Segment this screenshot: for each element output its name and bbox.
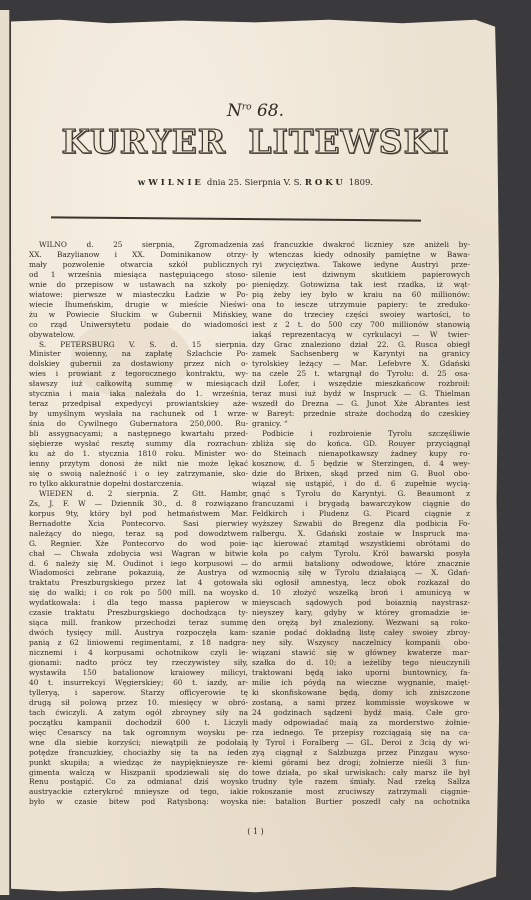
text-line: ski ogłosił amnestyą, lecz obok rozkazał… <box>252 578 470 588</box>
text-line: się do walki; i co rok po 500 mill. na w… <box>29 588 248 598</box>
text-line: teraz musi iuż bydź w Inspruck — G. Thie… <box>252 389 470 399</box>
text-line: ro tylko akkuratnie dopełni dostarczenia… <box>29 479 248 489</box>
text-line: gimenta walczą w Hiszpanii spodziewali s… <box>29 768 248 778</box>
text-line: Renu postąpić. Co za odmiana! dziś woysk… <box>29 777 248 787</box>
text-line: 40 t. insurrekcyi Węgierskiey; 60 t. iaz… <box>29 678 248 688</box>
text-line: dził Lofer, i wszędzie mieszkańcow rozbr… <box>252 379 470 389</box>
text-line: ły wtenczas kiedy odnosiły pamiętne w Ba… <box>252 250 470 260</box>
text-line: żu w Powiecie Słuckim w Gubernii Mińskie… <box>29 310 248 320</box>
issue-number-prefix: N <box>227 101 242 121</box>
text-line: granicy. “ <box>252 419 470 429</box>
text-line: drugą sił polową przez 10. miesięcy w ob… <box>29 698 248 708</box>
text-line: zyą ciągnął z Salzbuzga przez Pinzgau wy… <box>252 748 470 758</box>
text-line: Minister woienny, na zapłatę Szlachcie P… <box>29 349 248 359</box>
text-line: gnąć s Tyrolu do Karyntyi. G. Beaumont z <box>252 489 470 499</box>
dateline-prefix: w <box>138 178 145 188</box>
text-line: rza iednego. Te przepisy rozciągaią się … <box>252 728 470 738</box>
text-line: szanie podać dokładną listę całey swoiey… <box>252 628 470 638</box>
issue-number-sup: ro <box>242 102 252 112</box>
text-line: zaś francuzkie dwakroć liczniey sze aniż… <box>252 240 470 250</box>
text-line: S. PETERSBURG V. S. d. 15 sierpnia. <box>29 340 248 350</box>
text-line: wne dla siebie korzyści; niewątpili że p… <box>29 738 248 748</box>
text-line: więc Cesarscy na tak ogromnym woysku pe- <box>29 728 248 738</box>
text-line: d. 6 należy się M. Oudinot i iego korpus… <box>29 559 248 569</box>
text-line: bli assygnacyami; a następnego kwartału … <box>29 429 248 439</box>
text-line: nie: batalion Burtier poszedł cały na oc… <box>252 797 470 807</box>
text-line: wane do trzeciey części swoiey wartości,… <box>252 310 470 320</box>
text-line: d. 10 złożyć wszelką broń i amunicyą w <box>252 588 470 598</box>
text-line: Podbicie i rozbroienie Tyrolu szczęśliwi… <box>252 429 470 439</box>
text-line: wystawiła 150 batalionow kraiowey milicy… <box>29 668 248 678</box>
text-line: obywatelow. <box>29 330 248 340</box>
text-line: towe działa, po skał urwiskach: cały mar… <box>252 768 470 778</box>
text-line: zbliża się do końca. GD. Rouyer przyciąg… <box>252 439 470 449</box>
text-line: do armii bataliony odwodowe, które znacz… <box>252 559 470 569</box>
text-line: XX. Bazylianow i XX. Dominikanow otrzy- <box>29 250 248 260</box>
text-line: rokoszanie most zruciwszy zatrzymali cią… <box>252 787 470 797</box>
text-line: wnie do przepisow w ustawach na szkoły p… <box>29 280 248 290</box>
text-line: ralbergu. X. Gdański zostaie w Inspruck … <box>252 529 470 539</box>
text-line: zamek Sachsenberg w Karyntyi na granicy <box>252 349 470 359</box>
text-line: traktatu Preszburgskiego przez lat 4 got… <box>29 578 248 588</box>
text-line: Zs, J. F. W — Dziennik 30., d. 8 rozwiąz… <box>29 499 248 509</box>
text-line: siębierze wysłać resztę summy dla rozrac… <box>29 439 248 449</box>
article-column-left: WILNO d. 25 sierpnia, ZgromadzeniaXX. Ba… <box>29 240 248 807</box>
text-line: punkt skupiła; a wiedząc że naypięknieys… <box>29 758 248 768</box>
text-line: teraz przedpisał expedycyi prowiantskiey… <box>29 399 248 409</box>
text-line: austryackie czterykroć mnieysze od tego,… <box>29 787 248 797</box>
text-line: się o swoią należność i o iey zatrzymani… <box>29 469 248 479</box>
text-line: kosznow, d. 5 będzie w Sterzingen, d. 4 … <box>252 459 470 469</box>
text-line: wyższey Szwabii do Bregenz dla podbicia … <box>252 519 470 529</box>
text-line: od 1 września miesiąca następuiącego sto… <box>29 270 248 280</box>
text-line: dolskiey gubernii za dostawiony przez ni… <box>29 359 248 369</box>
text-line: WIEDEN d. 2 sierpnia. Z Gtt. Hambr, <box>29 489 248 499</box>
text-line: korpus 9ty, który był pod hetmaństwem Ma… <box>29 509 248 519</box>
text-line: den orężą był znaleziony. Wezwani są rok… <box>252 618 470 628</box>
text-line: tyrolskiey leżący — Mar. Lefebvre X. Gda… <box>252 359 470 369</box>
text-line: w Bareyt: przednie straże dochodzą do cz… <box>252 409 470 419</box>
text-line: ryi zwycięztwa. Takowe iedyne Austryi pr… <box>252 260 470 270</box>
text-line: wies i prowiant z tegorocznego kontraktu… <box>29 369 248 379</box>
text-line: iest z 2 t. do 500 czy 700 millionów sta… <box>252 320 470 330</box>
text-line: ona to iescze utrzymuie papiery: te zred… <box>252 300 470 310</box>
text-line: trudny tyle razem śmiały. Nad rzeką Salł… <box>252 777 470 787</box>
text-line: nicznemi i 4 korpusami ochotnikow czyli … <box>29 648 248 658</box>
text-line: pieniędzy. Gotowizna tak iest rzadka, iż… <box>252 280 470 290</box>
text-line: ły Tyrol i Foralberg — GL. Deroi z 3cią … <box>252 738 470 748</box>
text-line: było w czasie bitew pod Ratysboną: woysk… <box>29 797 248 807</box>
text-line: zostaną, a sami przez kommissie woyskowe… <box>252 698 470 708</box>
text-line: WILNO d. 25 sierpnia, Zgromadzenia <box>29 240 248 250</box>
masthead-divider <box>51 216 421 221</box>
text-line: tach ćwiczyli. A zatym ogół zbroyney sił… <box>29 708 248 718</box>
issue-number-value: 68. <box>257 101 284 121</box>
text-line: mały pozwolenie otwarcia szkół publiczny… <box>29 260 248 270</box>
dateline-city: WILNIE <box>148 178 204 188</box>
dateline-year-label: ROKU <box>305 178 346 188</box>
text-line: wzmocnią siłę w Tyrolu działaiącą — X. G… <box>252 568 470 578</box>
text-line: ku aż do 1. stycznia 1810 roku. Minister… <box>29 449 248 459</box>
text-line: koła po całym Tyrolu. Król bawarski posy… <box>252 549 470 559</box>
newspaper-page: Nro 68. KURYERLITEWSKI w WILNIE dnia 25.… <box>11 18 500 894</box>
masthead-word-1: KURYER <box>61 122 226 161</box>
text-line: wydatkowała: i dla tego massa papierow w <box>29 598 248 608</box>
dateline-date: dnia 25. Sierpnia V. S. <box>207 178 302 188</box>
masthead-word-2: LITEWSKI <box>248 122 449 161</box>
text-line: ki skonfiskowane będą, domy ich zniszczo… <box>252 688 470 698</box>
text-line: iakąś reprezentacyą w cyrkulacyi — W twi… <box>252 330 470 340</box>
text-line: czasie traktatu Preszburgskiego dochodzą… <box>29 608 248 618</box>
text-line: by umyślnym wysłała na rachunek od 1 wrz… <box>29 409 248 419</box>
text-line: wiatowe: pierwsze w miasteczku Ładzie w … <box>29 290 248 300</box>
text-line: pią żeby iey było w kraiu na 60 millionó… <box>252 290 470 300</box>
text-line: ienny przytym donosi że nikt nie może lę… <box>29 459 248 469</box>
text-line: śnia do Cywilnego Gubernatora 250,000. R… <box>29 419 248 429</box>
text-line: Wiadomości zebrane pokazuią, że Austrya … <box>29 568 248 578</box>
text-line: początku kampanii dochodził 600 t. Liczy… <box>29 718 248 728</box>
text-line: siąca mill. frankow przechodzi teraz sum… <box>29 618 248 628</box>
text-line: sławszy iuż całkowitą summę w miesiącach <box>29 379 248 389</box>
text-line: Bernadotte Xcia Pontecorvo. Sasi pierwie… <box>29 519 248 529</box>
text-line: należący do niego, teraz są pod dowodztw… <box>29 529 248 539</box>
text-line: gionami: nadto prócz tey rzeczywistey si… <box>29 658 248 668</box>
dateline-year: 1809. <box>349 178 373 188</box>
text-line: nieyszey kary, gdyby w którey gromadzie … <box>252 608 470 618</box>
text-line: wiązani stawić się w główney kwaterze ma… <box>252 648 470 658</box>
text-line: wiązał się ustąpić, i do d. 6 zupełnie w… <box>252 479 470 489</box>
issue-number: Nro 68. <box>11 101 500 121</box>
text-line: panią z 62 liniowemi regimentami, z 18 n… <box>29 638 248 648</box>
text-line: potędze francuzkiey, chociażby się ta na… <box>29 748 248 758</box>
text-line: G. Regnier. Xże Pontecorvo do wod poie- <box>29 539 248 549</box>
text-line: 24 godzinach sądzeni bydź maią. Całe gro… <box>252 708 470 718</box>
text-line: francuzami i brygadą bawarczykow ciągnie… <box>252 499 470 509</box>
article-column-right: zaś francuzkie dwakroć liczniey sze aniż… <box>252 240 470 807</box>
text-line: dwóch tysięcy mill. Austrya rozpoczęła k… <box>29 628 248 638</box>
text-line: mady odpowiadać maią za morderstwo żołni… <box>252 718 470 728</box>
text-line: kiemi górami bez drogi; żołnierze nieśli… <box>252 758 470 768</box>
text-line: co rząd Uniwersytetu podaie do wiadomośc… <box>29 320 248 330</box>
text-line: ney siły. Wszyscy naczelnicy kompanii ob… <box>252 638 470 648</box>
text-line: iąc kierować ztamtąd wszystkiemi obrótam… <box>252 539 470 549</box>
text-line: mieyscach sądowych pod boiaznią naystras… <box>252 598 470 608</box>
text-line: wszedł do Drezna — G. Junot Xże Abrantes… <box>252 399 470 409</box>
text-line: na czele 25 t. wtargnął do Tyrolu: d. 25… <box>252 369 470 379</box>
text-line: chał — Chwała zdobycia wsi Wagran w bitw… <box>29 549 248 559</box>
text-line: tylleryą, i saperow. Starzy officyerowie… <box>29 688 248 698</box>
text-line: traktowani będą iako uporni buntownicy, … <box>252 668 470 678</box>
adjacent-page-edge <box>0 10 10 895</box>
text-line: silenie iest dziwnym skutkiem papierowyc… <box>252 270 470 280</box>
text-line: do Steinach nienapotkawszy żadney kupy r… <box>252 449 470 459</box>
text-line: wiecie Ihumeńskim, drugie w mieście Nieś… <box>29 300 248 310</box>
text-line: milie ich póydą na wieczne wygnanie, mai… <box>252 678 470 688</box>
text-line: dzy Grac znaleziono dział 22. G. Rusca o… <box>252 340 470 350</box>
text-line: Feldkirch i Pludenz G. Picard ciągnie z <box>252 509 470 519</box>
page-number: ( 1 ) <box>11 827 500 836</box>
dateline: w WILNIE dnia 25. Sierpnia V. S. ROKU 18… <box>11 178 500 188</box>
text-line: dzie do Brixen, skąd przed nim G. Buol o… <box>252 469 470 479</box>
masthead-title: KURYERLITEWSKI <box>11 122 500 161</box>
text-line: stycznia i maia iaka należała do 1. wrze… <box>29 389 248 399</box>
text-line: szałka do d. 10; a ieżeliby tego nieuczy… <box>252 658 470 668</box>
